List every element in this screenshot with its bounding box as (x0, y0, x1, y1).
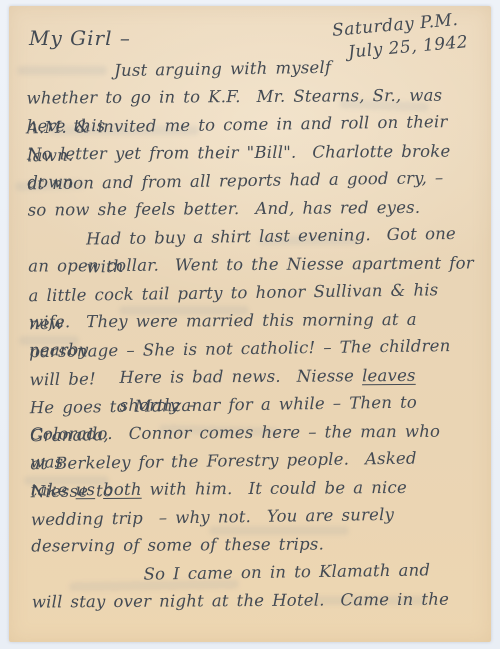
letter-text-segment: deserving of some of these trips. (31, 535, 324, 556)
scanned-letter: Saturday P.M. July 25, 1942 My Girl – Ju… (0, 0, 500, 649)
letter-text-segment: take (31, 480, 76, 499)
salutation: My Girl – (29, 26, 131, 50)
letter-text-segment: So I came on in to Klamath and (143, 560, 430, 583)
underlined-word: leaves (362, 366, 416, 385)
letter-text-segment: at noon and from all reports had a good … (27, 168, 443, 193)
letter-text-segment: Just arguing with myself (114, 58, 331, 80)
underlined-word: both (103, 480, 142, 499)
letter-body: Just arguing with myselfwhether to go in… (26, 53, 478, 618)
letter-text-segment: wedding trip – why not. You are surely (31, 505, 394, 529)
letter-paper: Saturday P.M. July 25, 1942 My Girl – Ju… (9, 6, 491, 642)
letter-text-segment: an open collar. Went to the Niesse apart… (28, 253, 474, 275)
letter-text-segment: will stay over night at the Hotel. Came … (32, 590, 449, 612)
letter-text-segment: so now she feels better. And, has red ey… (28, 198, 421, 220)
letter-text-segment: with him. It could be a nice (142, 478, 407, 499)
underlined-word: us (76, 480, 96, 499)
letter-text-segment: Here is bad news. Niesse (119, 366, 362, 387)
letter-line: will stay over night at the Hotel. Came … (32, 585, 478, 616)
